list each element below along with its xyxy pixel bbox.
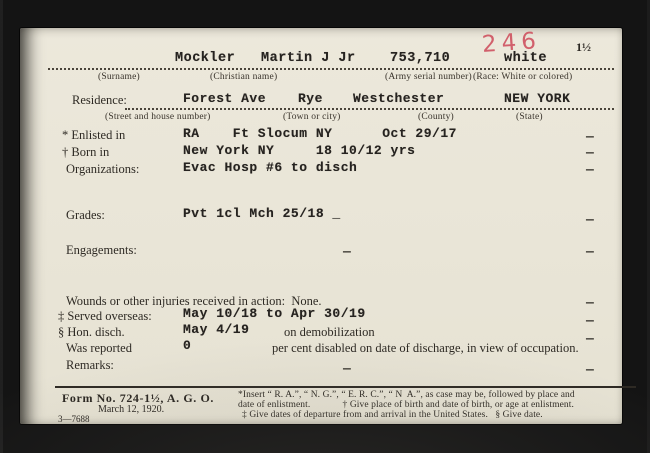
engagements-label: Engagements: (66, 243, 137, 258)
race-label: (Race: White or colored) (473, 72, 572, 82)
footer-rule (55, 386, 636, 388)
grades-label: Grades: (66, 208, 105, 223)
blank-dash: — (586, 301, 594, 305)
street-label: (Street and house number) (105, 112, 211, 122)
residence-state-typed: NEW YORK (504, 91, 570, 106)
hon-disch-label: § Hon. disch. (58, 325, 125, 340)
hon-disch-typed: May 4/19 (183, 322, 249, 337)
blank-dash: — (586, 319, 594, 323)
born-label: † Born in (62, 145, 109, 160)
footnote-line3: ‡ Give dates of departure from and arriv… (242, 410, 543, 420)
served-overseas-label: ‡ Served overseas: (58, 309, 152, 324)
served-overseas-typed: May 10/18 to Apr 30/19 (183, 306, 366, 321)
corner-mark: 1½ (576, 40, 591, 55)
residence-rule (125, 108, 614, 110)
blank-dash: — (586, 168, 594, 172)
was-reported-typed: 0 (183, 338, 191, 353)
was-reported-label: Was reported (66, 341, 132, 356)
organizations-label: Organizations: (66, 162, 139, 177)
name-serial-typed: Mockler Martin J Jr 753,710 (175, 51, 450, 66)
enlisted-label: * Enlisted in (62, 128, 125, 143)
enlisted-typed: RA Ft Slocum NY Oct 29/17 (183, 126, 457, 141)
residence-town-typed: Rye (298, 91, 323, 106)
blank-dash: — (586, 250, 594, 254)
town-label: (Town or city) (283, 112, 341, 122)
organizations-typed: Evac Hosp #6 to disch (183, 160, 357, 175)
remarks-label: Remarks: (66, 358, 114, 373)
blank-dash: — (586, 135, 594, 139)
form-date: March 12, 1920. (98, 404, 164, 415)
service-record-card: 246 1½ Mockler Martin J Jr 753,710 white… (20, 28, 622, 424)
engagements-blank-dash: — (343, 250, 351, 254)
footnote-line1: *Insert “ R. A.”, “ N. G.”, “ E. R. C.”,… (238, 390, 575, 400)
born-typed: New York NY 18 10/12 yrs (183, 143, 415, 158)
surname-label: (Surname) (98, 72, 140, 82)
was-reported-suffix: per cent disabled on date of discharge, … (272, 341, 579, 356)
blank-dash: — (586, 218, 594, 222)
remarks-blank-dash: — (343, 367, 351, 371)
print-code: 3—7688 (58, 414, 90, 424)
blank-dash: — (586, 337, 594, 341)
hon-disch-suffix: on demobilization (284, 325, 375, 340)
blank-dash: — (586, 151, 594, 155)
blank-dash: — (586, 368, 594, 372)
state-label: (State) (516, 112, 543, 122)
grades-typed: Pvt 1cl Mch 25/18 _ (183, 206, 341, 221)
serial-number-label: (Army serial number) (385, 72, 472, 82)
christian-name-label: (Christian name) (210, 72, 277, 82)
race-typed: white (504, 51, 547, 66)
county-label: (County) (418, 112, 454, 122)
footnote-line2: date of enlistment. † Give place of birt… (238, 400, 574, 410)
residence-street-typed: Forest Ave (183, 91, 266, 106)
name-rule (48, 68, 614, 70)
residence-label: Residence: (72, 93, 127, 108)
residence-county-typed: Westchester (353, 91, 444, 106)
